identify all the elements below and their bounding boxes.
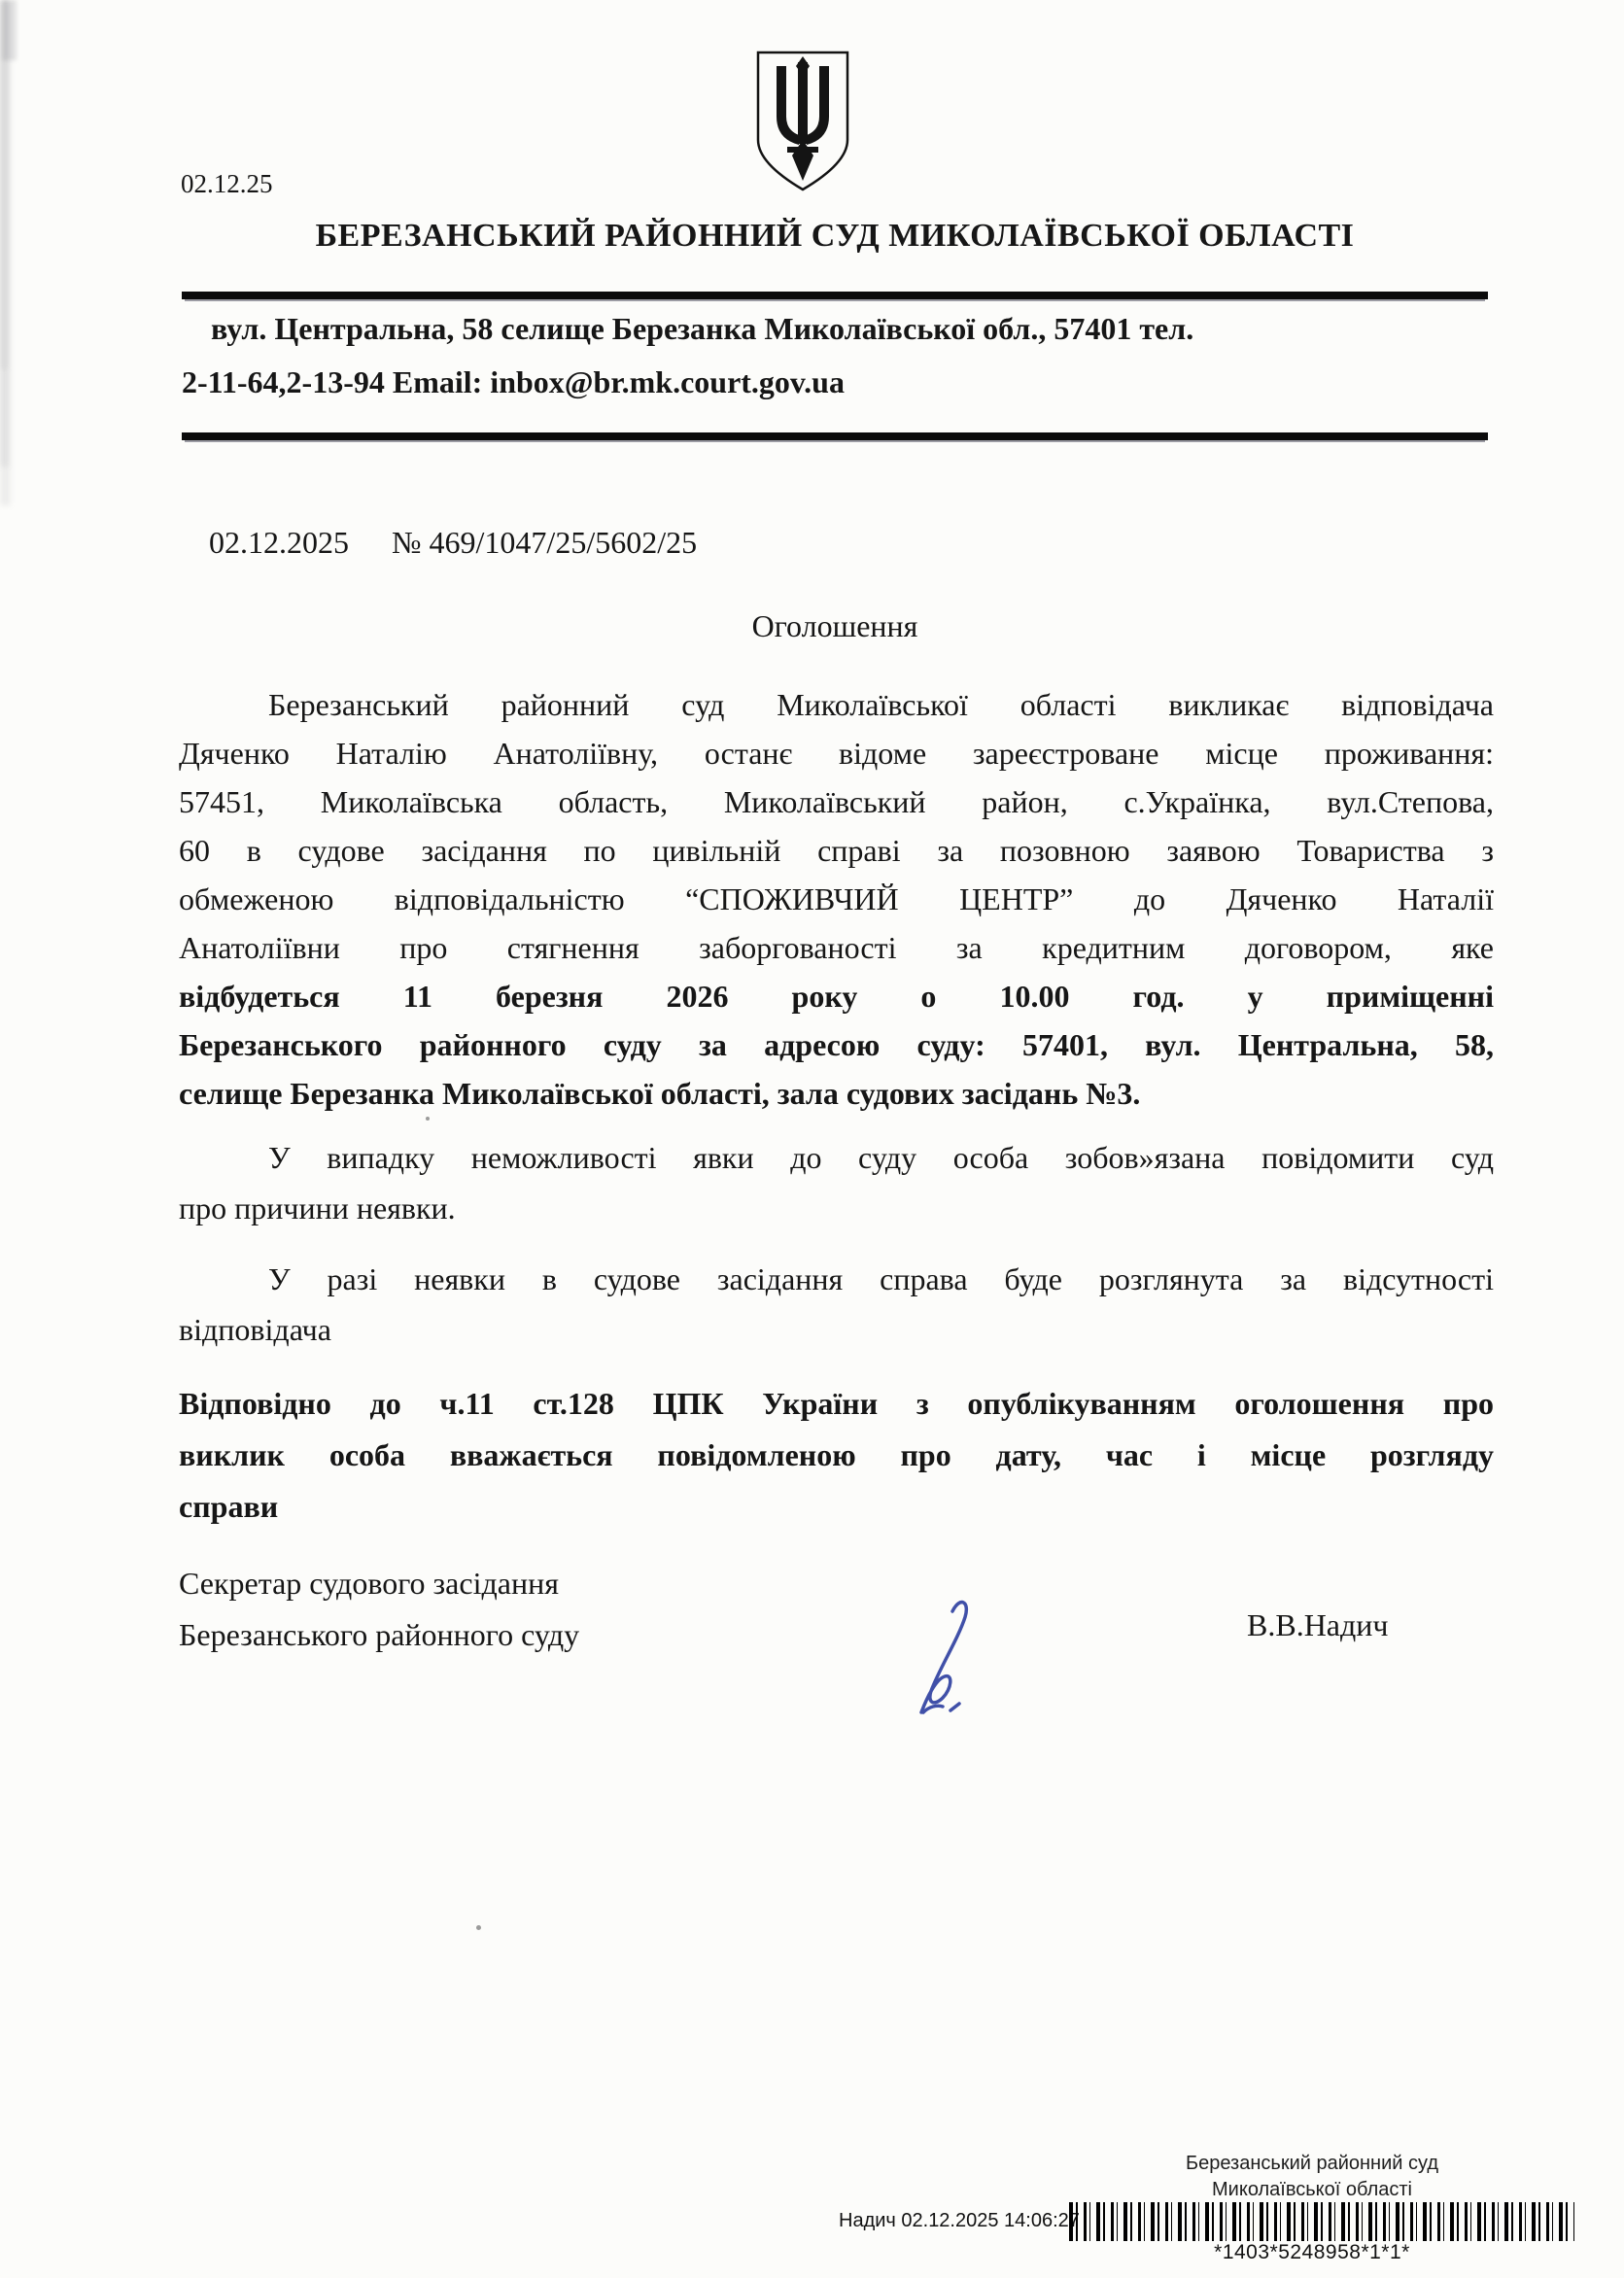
document-date: 02.12.2025 [209, 525, 349, 560]
paragraph-line: обмеженою відповідальністю “СПОЖИВЧИЙ ЦЕ… [179, 875, 1494, 923]
paragraph-absence-notice: У випадку неможливості явки до суду особ… [179, 1132, 1494, 1233]
document-number-line: 02.12.2025 № 469/1047/25/5602/25 [209, 525, 697, 561]
court-address-line: вул. Центральна, 58 селище Березанка Мик… [182, 302, 1488, 356]
paragraph-line: 60 в судове засідання по цивільній справ… [179, 826, 1494, 875]
registration-barcode [1069, 2202, 1574, 2241]
paragraph-line: У разі неявки в судове засідання справа … [179, 1254, 1494, 1304]
scan-smudge [0, 0, 11, 505]
paragraph-line: Березанський районний суд Миколаївської … [179, 680, 1494, 729]
paragraph-line: справи [179, 1481, 1494, 1533]
paragraph-summons: Березанський районний суд Миколаївської … [179, 680, 1494, 1118]
paragraph-line-hearing-room: селище Березанка Миколаївської області, … [179, 1069, 1494, 1118]
paragraph-line: виклик особа вважається повідомленою про… [179, 1430, 1494, 1481]
paragraph-line: 57451, Миколаївська область, Миколаївськ… [179, 777, 1494, 826]
court-address-line: 2-11-64,2-13-94 Email: inbox@br.mk.court… [182, 356, 1488, 409]
signer-name: В.В.Надич [1247, 1607, 1389, 1643]
signer-role-line: Березанського районного суду [179, 1609, 579, 1661]
paragraph-line-hearing-date: відбудеться 11 березня 2026 року о 10.00… [179, 972, 1494, 1020]
document-title: Оголошення [182, 608, 1488, 644]
stamp-registered-by: Надич 02.12.2025 14:06:27 [839, 2210, 1080, 2232]
paragraph-line: Відповідно до ч.11 ст.128 ЦПК України з … [179, 1378, 1494, 1430]
court-address-block: вул. Центральна, 58 селище Березанка Мик… [182, 302, 1488, 409]
paragraph-line-hearing-address: Березанського районного суду за адресою … [179, 1020, 1494, 1069]
case-number: № 469/1047/25/5602/25 [392, 525, 697, 560]
horizontal-rule [182, 292, 1488, 299]
stamp-court-name: Березанський районний суд Миколаївської … [1118, 2151, 1506, 2203]
horizontal-rule [182, 432, 1488, 440]
paragraph-line: про причини неявки. [179, 1183, 1494, 1233]
court-name-title: БЕРЕЗАНСЬКИЙ РАЙОННИЙ СУД МИКОЛАЇВСЬКОЇ … [182, 218, 1488, 255]
paragraph-absence-consequence: У разі неявки в судове засідання справа … [179, 1254, 1494, 1355]
paragraph-line: У випадку неможливості явки до суду особ… [179, 1132, 1494, 1183]
signer-role-block: Секретар судового засідання Березанськог… [179, 1558, 579, 1661]
handwritten-signature [894, 1592, 980, 1726]
scan-speck [476, 1925, 481, 1930]
scan-smudge [0, 0, 8, 369]
paragraph-line: відповідача [179, 1304, 1494, 1355]
stamp-court-line: Миколаївської області [1118, 2177, 1506, 2203]
scan-smudge [0, 0, 9, 466]
scan-smudge [2, 0, 17, 60]
paragraph-line: Дяченко Наталію Анатоліївну, останє відо… [179, 729, 1494, 777]
barcode-value: *1403*5248958*1*1* [1118, 2241, 1506, 2264]
ukraine-trident-icon [748, 49, 857, 194]
stamp-court-line: Березанський районний суд [1118, 2151, 1506, 2177]
paragraph-line: Анатоліївни про стягнення заборгованості… [179, 923, 1494, 972]
signer-role-line: Секретар судового засідання [179, 1558, 579, 1609]
paragraph-legal-basis: Відповідно до ч.11 ст.128 ЦПК України з … [179, 1378, 1494, 1533]
scanned-court-document: 02.12.25 БЕРЕЗАНСЬКИЙ РАЙОННИЙ СУД МИКОЛ… [0, 0, 1624, 2278]
scan-corner-date: 02.12.25 [181, 169, 273, 199]
